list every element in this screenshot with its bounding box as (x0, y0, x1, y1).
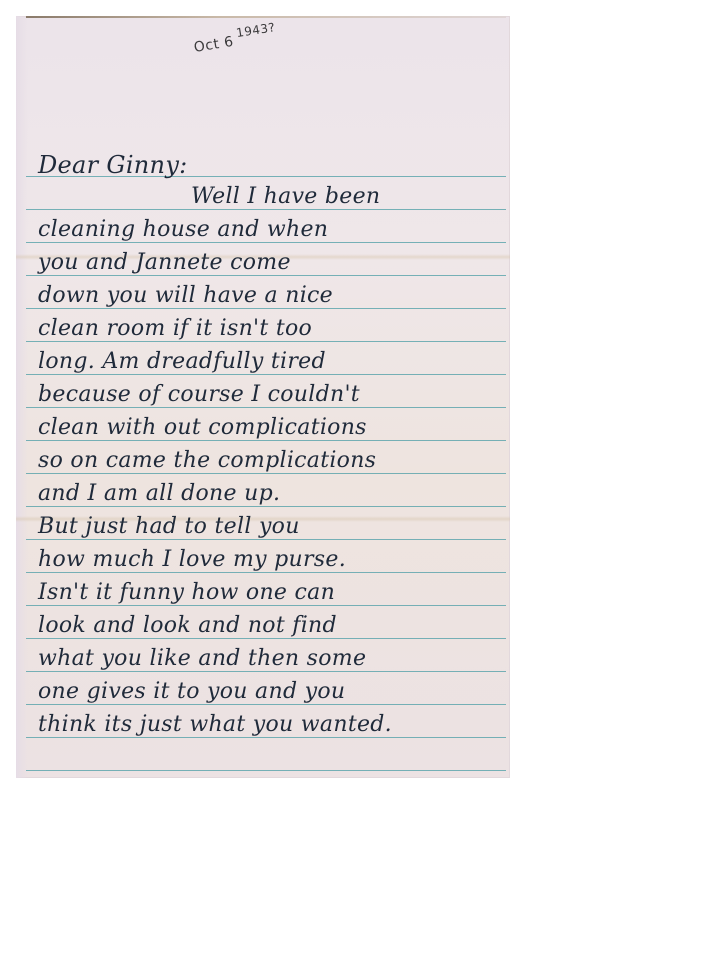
letter-line: how much I love my purse. (38, 547, 508, 573)
letter-line: look and look and not find (38, 613, 508, 639)
letter-line: one gives it to you and you (38, 679, 508, 705)
letter-line: what you like and then some (38, 646, 508, 672)
letter-line: Isn't it funny how one can (38, 580, 508, 606)
letter-line: think its just what you wanted. (38, 712, 508, 738)
archival-date-note: Oct 61943? (193, 27, 278, 56)
letter-line: down you will have a nice (38, 283, 508, 309)
letter-line: so on came the complications (38, 448, 508, 474)
letter-page: Oct 61943? Dear Ginny: Well I have been … (16, 16, 510, 778)
letter-line: clean with out complications (38, 415, 508, 441)
letter-line: clean room if it isn't too (38, 316, 508, 342)
letter-line: cleaning house and when (38, 217, 508, 243)
letter-line: long. Am dreadfully tired (38, 349, 508, 375)
paper-top-edge (26, 16, 506, 18)
archival-year: 1943? (235, 20, 276, 40)
letter-line: because of course I couldn't (38, 382, 508, 408)
letter-line: and I am all done up. (38, 481, 508, 507)
archival-date: Oct 6 (193, 34, 235, 56)
ruled-line (26, 770, 506, 771)
letter-line: But just had to tell you (38, 514, 508, 540)
letter-line: Well I have been (191, 184, 506, 210)
salutation: Dear Ginny: (38, 152, 508, 178)
letter-line: you and Jannete come (38, 250, 508, 276)
